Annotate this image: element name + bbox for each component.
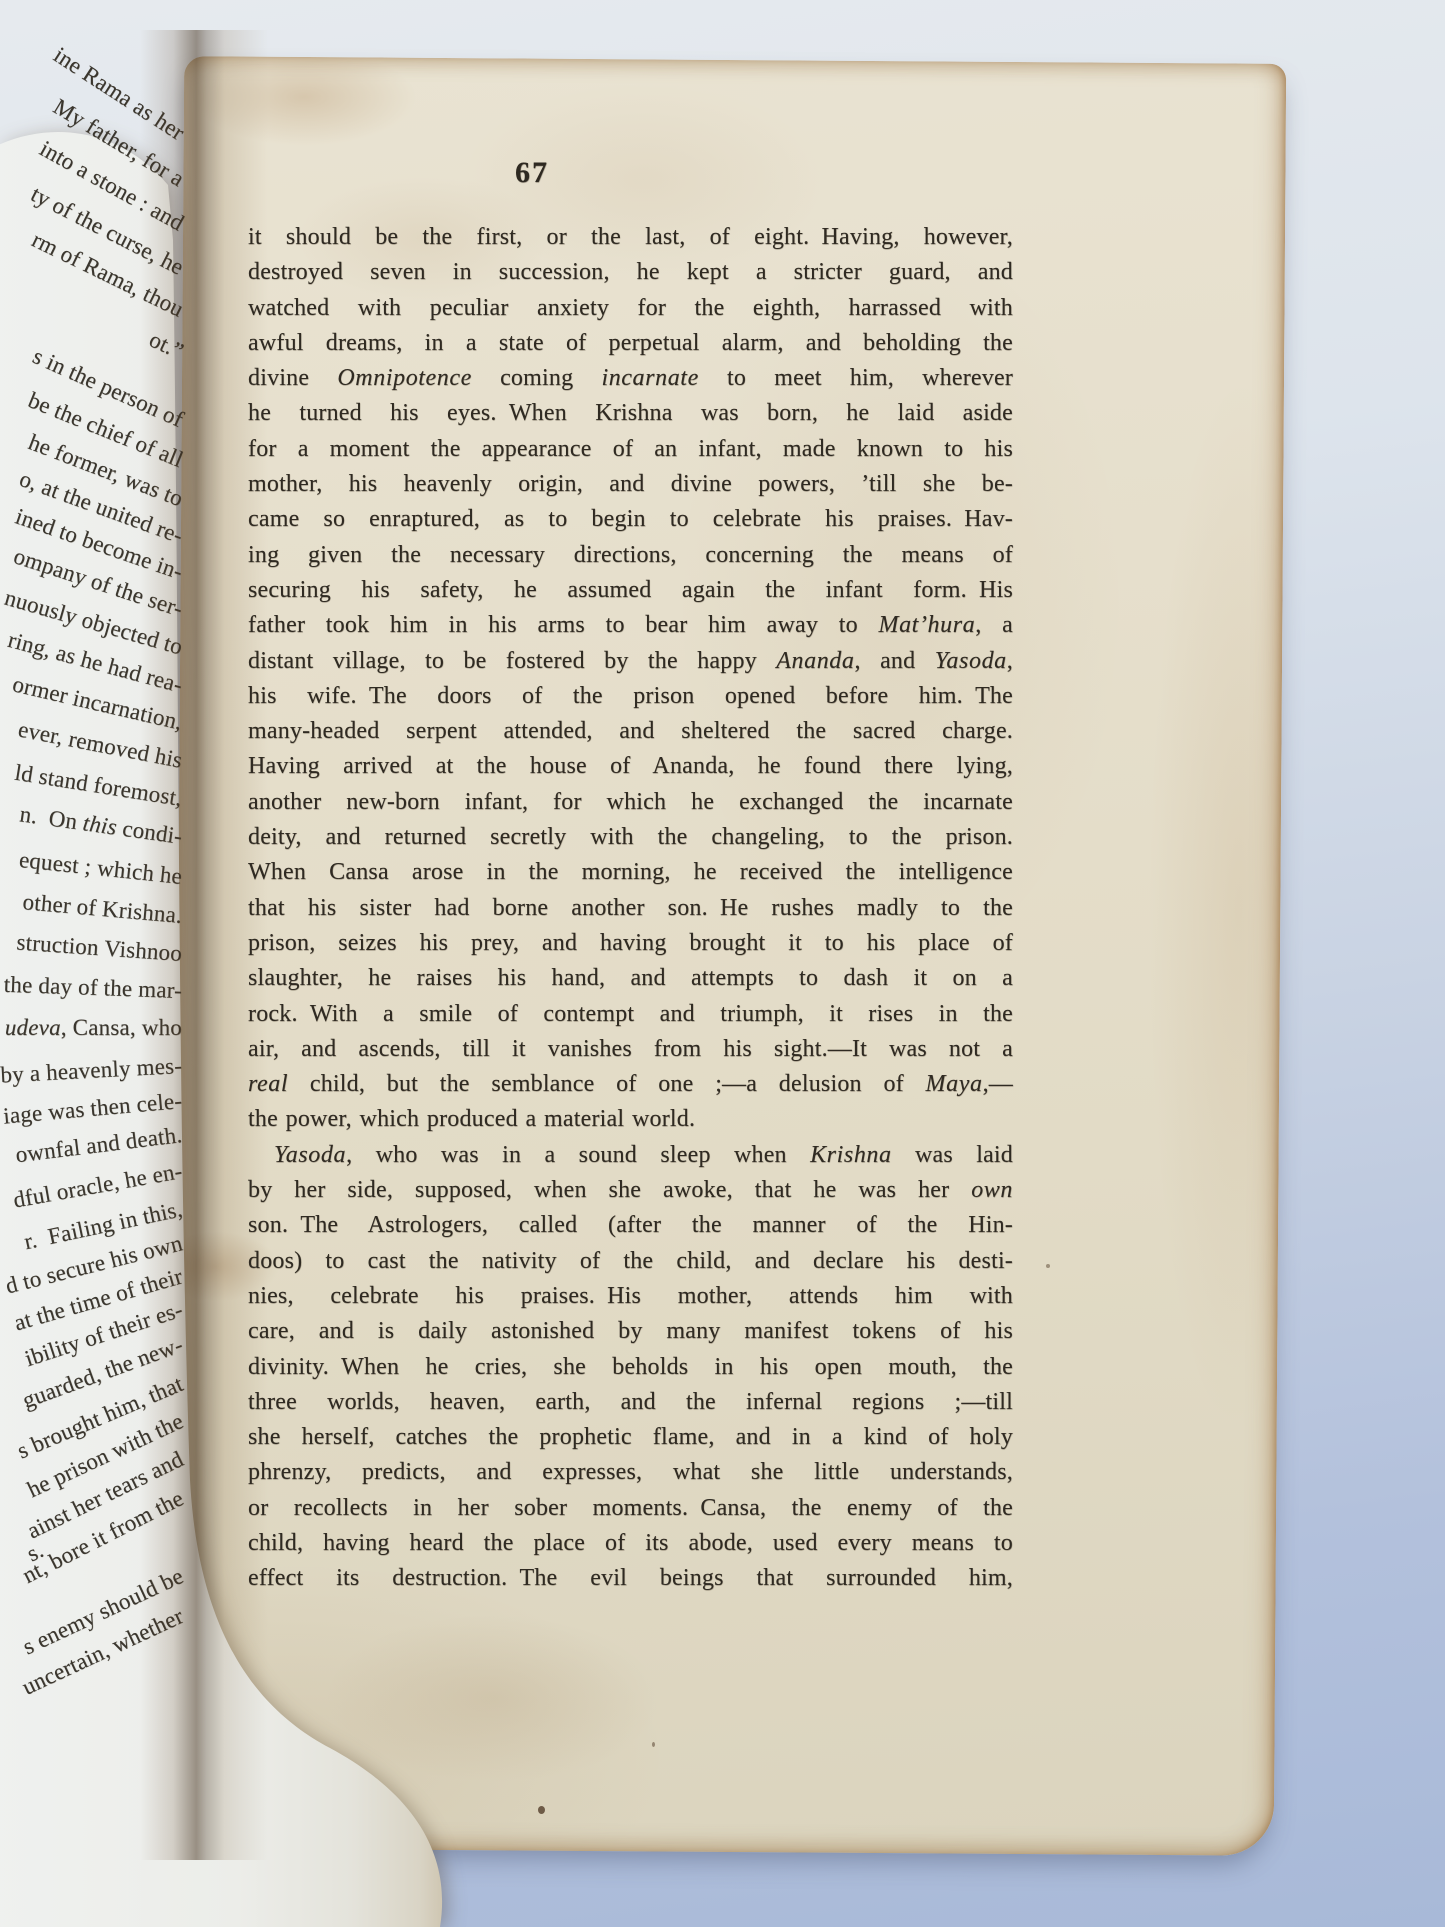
page-text-line: it should be the first, or the last, of … bbox=[248, 220, 1013, 255]
ink-speck bbox=[538, 1806, 545, 1814]
page-text-line: slaughter, he raises his hand, and attem… bbox=[248, 961, 1013, 996]
page-text-line: three worlds, heaven, earth, and the inf… bbox=[248, 1385, 1013, 1420]
page-text-line: mother, his heavenly origin, and divine … bbox=[248, 467, 1013, 502]
page-number: 67 bbox=[492, 156, 572, 190]
page-text-line: that his sister had borne another son. H… bbox=[248, 891, 1013, 926]
page-text-line: real child, but the semblance of one ;—a… bbox=[248, 1067, 1013, 1102]
page-text-line: he turned his eyes. When Krishna was bor… bbox=[248, 396, 1013, 431]
page-text-line: care, and is daily astonished by many ma… bbox=[248, 1314, 1013, 1349]
page-text-line: for a moment the appearance of an infant… bbox=[248, 432, 1013, 467]
page-text-line: distant village, to be fostered by the h… bbox=[248, 644, 1013, 679]
page-text-line: Having arrived at the house of Ananda, h… bbox=[248, 749, 1013, 784]
ink-speck bbox=[1046, 1264, 1050, 1268]
page-text-line: rock. With a smile of contempt and trium… bbox=[248, 997, 1013, 1032]
page-text-line: ing given the necessary directions, conc… bbox=[248, 538, 1013, 573]
page-text-line: the power, which produced a material wor… bbox=[248, 1102, 1013, 1137]
ink-speck bbox=[652, 1742, 655, 1747]
page-text-line: another new-born infant, for which he ex… bbox=[248, 785, 1013, 820]
page-text-line: When Cansa arose in the morning, he rece… bbox=[248, 855, 1013, 890]
page-text-line: many-headed serpent attended, and shelte… bbox=[248, 714, 1013, 749]
page-text-line: Yasoda, who was in a sound sleep when Kr… bbox=[248, 1138, 1013, 1173]
page-text-line: deity, and returned secretly with the ch… bbox=[248, 820, 1013, 855]
page-text-line: prison, seizes his prey, and having brou… bbox=[248, 926, 1013, 961]
page-text-line: she herself, catches the prophetic flame… bbox=[248, 1420, 1013, 1455]
page-text-line: child, having heard the place of its abo… bbox=[248, 1526, 1013, 1561]
page-text-line: nies, celebrate his praises. His mother,… bbox=[248, 1279, 1013, 1314]
page-text-line: came so enraptured, as to begin to celeb… bbox=[248, 502, 1013, 537]
book-photo: ine Rama as herMy father, for ainto a st… bbox=[0, 0, 1445, 1927]
page-text-line: father took him in his arms to bear him … bbox=[248, 608, 1013, 643]
page-text-block: it should be the first, or the last, of … bbox=[248, 220, 1013, 1597]
page-text-line: divinity. When he cries, she beholds in … bbox=[248, 1350, 1013, 1385]
page-text-line: phrenzy, predicts, and expresses, what s… bbox=[248, 1455, 1013, 1490]
page-text-line: by her side, supposed, when she awoke, t… bbox=[248, 1173, 1013, 1208]
page-text-line: destroyed seven in succession, he kept a… bbox=[248, 255, 1013, 290]
page-text-line: doos) to cast the nativity of the child,… bbox=[248, 1244, 1013, 1279]
page-text-line: divine Omnipotence coming incarnate to m… bbox=[248, 361, 1013, 396]
page-text-line: air, and ascends, till it vanishes from … bbox=[248, 1032, 1013, 1067]
page-text-line: awful dreams, in a state of perpetual al… bbox=[248, 326, 1013, 361]
page-text-line: watched with peculiar anxiety for the ei… bbox=[248, 291, 1013, 326]
page-text-line: securing his safety, he assumed again th… bbox=[248, 573, 1013, 608]
page-text-line: his wife. The doors of the prison opened… bbox=[248, 679, 1013, 714]
page-text-line: or recollects in her sober moments. Cans… bbox=[248, 1491, 1013, 1526]
page-text-line: effect its destruction. The evil beings … bbox=[248, 1561, 1013, 1596]
page-text-line: son. The Astrologers, called (after the … bbox=[248, 1208, 1013, 1243]
left-page-text-line: udeva, Cansa, who bbox=[0, 1015, 182, 1041]
